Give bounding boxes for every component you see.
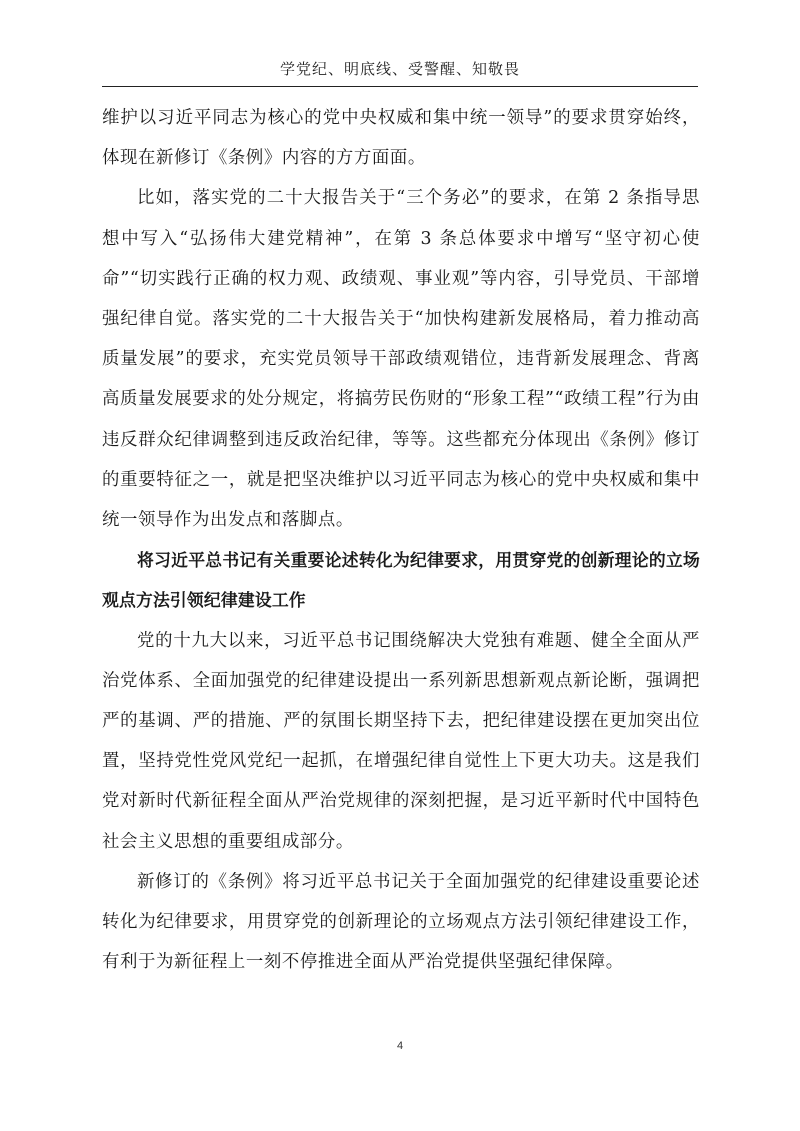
header-divider xyxy=(102,86,698,87)
running-header-title: 学党纪、明底线、受警醒、知敬畏 xyxy=(0,58,800,79)
paragraph-body: 党的十九大以来，习近平总书记围绕解决大党独有难题、健全全面从严治党体系、全面加强… xyxy=(102,621,700,862)
paragraph-body: 比如，落实党的二十大报告关于“三个务必”的要求，在第 2 条指导思想中写入“弘扬… xyxy=(102,178,700,540)
section-heading: 将习近平总书记有关重要论述转化为纪律要求，用贯穿党的创新理论的立场观点方法引领纪… xyxy=(102,540,700,620)
paragraph-body: 新修订的《条例》将习近平总书记关于全面加强党的纪律建设重要论述转化为纪律要求，用… xyxy=(102,862,700,983)
page-number: 4 xyxy=(0,1040,800,1052)
document-body: 维护以习近平同志为核心的党中央权威和集中统一领导”的要求贯穿始终，体现在新修订《… xyxy=(102,98,700,982)
paragraph-continuation: 维护以习近平同志为核心的党中央权威和集中统一领导”的要求贯穿始终，体现在新修订《… xyxy=(102,98,700,178)
